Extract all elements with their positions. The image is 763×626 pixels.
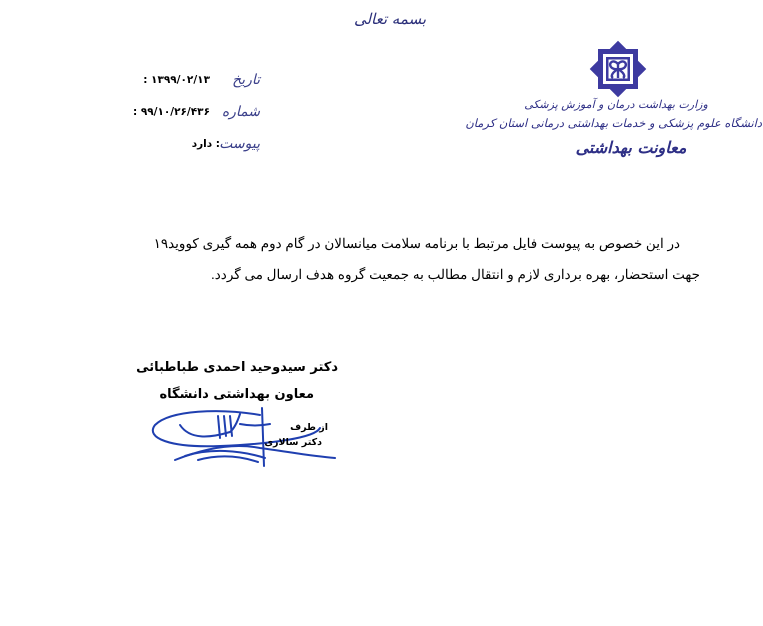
signature-block: دکتر سیدوحید احمدی طباطبائی معاون بهداشت… xyxy=(140,360,350,470)
meta-date-row: تاریخ ۱۳۹۹/۰۲/۱۳ : xyxy=(100,64,260,96)
date-label: تاریخ xyxy=(214,72,260,88)
deputy-name: معاونت بهداشتی xyxy=(500,134,762,162)
number-label: شماره xyxy=(214,104,260,120)
letter-meta: تاریخ ۱۳۹۹/۰۲/۱۳ : شماره ۹۹/۱۰/۲۶/۴۳۶ : … xyxy=(100,64,260,160)
meta-number-row: شماره ۹۹/۱۰/۲۶/۴۳۶ : xyxy=(100,96,260,128)
letter-page: بسمه تعالی تاریخ ۱۳۹۹/۰۲/۱۳ : شماره ۹۹/۱… xyxy=(0,0,763,626)
ministry-name: وزارت بهداشت درمان و آموزش پزشکی xyxy=(500,96,732,114)
date-value: ۱۳۹۹/۰۲/۱۳ : xyxy=(143,74,210,86)
number-value: ۹۹/۱۰/۲۶/۴۳۶ : xyxy=(133,106,210,118)
ministry-of-health-emblem-icon xyxy=(585,36,651,102)
attachment-label: پیوست xyxy=(224,136,260,152)
body-line-1: در این خصوص به پیوست فایل مرتبط با برنام… xyxy=(60,228,700,259)
meta-attachment-row: پیوست : دارد xyxy=(100,128,260,160)
on-behalf-label: از طرف xyxy=(290,422,328,433)
university-name: دانشگاه علوم پزشکی و خدمات بهداشتی درمان… xyxy=(500,114,762,132)
attachment-value: : دارد xyxy=(192,138,220,150)
on-behalf-name: دکتر سالاری xyxy=(264,437,322,448)
body-line-2: جهت استحضار، بهره برداری لازم و انتقال م… xyxy=(60,259,700,290)
signatory-title: معاون بهداشتی دانشگاه xyxy=(159,387,314,402)
bismillah-heading: بسمه تعالی xyxy=(340,10,440,28)
organization-header: وزارت بهداشت درمان و آموزش پزشکی دانشگاه… xyxy=(500,96,762,162)
letter-body: در این خصوص به پیوست فایل مرتبط با برنام… xyxy=(60,228,700,290)
signatory-name: دکتر سیدوحید احمدی طباطبائی xyxy=(136,360,338,375)
